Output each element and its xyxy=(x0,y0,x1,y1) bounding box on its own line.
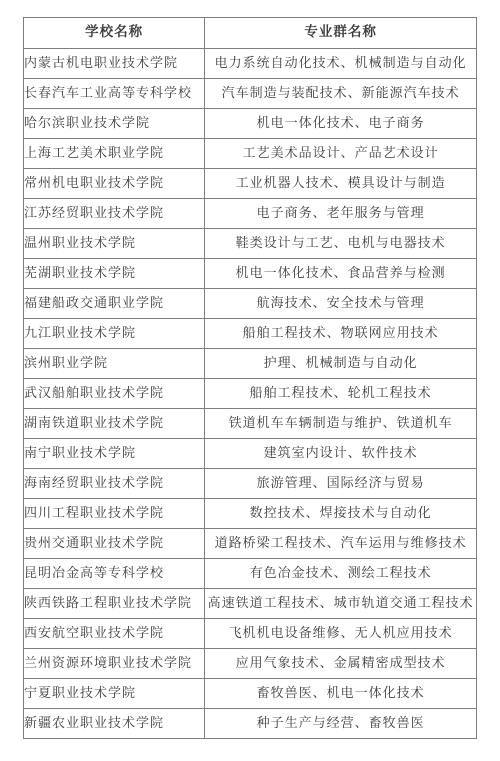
header-row: 学校名称 专业群名称 xyxy=(24,18,477,49)
table-row: 宁夏职业技术学院畜牧兽医、机电一体化技术 xyxy=(24,679,477,709)
table-row: 新疆农业职业技术学院种子生产与经营、畜牧兽医 xyxy=(24,709,477,739)
table-row: 兰州资源环境职业技术学院应用气象技术、金属精密成型技术 xyxy=(24,649,477,679)
table-row: 江苏经贸职业技术学院电子商务、老年服务与管理 xyxy=(24,199,477,229)
school-name-cell: 海南经贸职业技术学院 xyxy=(24,469,205,499)
major-group-cell: 种子生产与经营、畜牧兽医 xyxy=(205,709,477,739)
major-group-cell: 建筑室内设计、软件技术 xyxy=(205,439,477,469)
school-name-cell: 四川工程职业技术学院 xyxy=(24,499,205,529)
table-row: 哈尔滨职业技术学院机电一体化技术、电子商务 xyxy=(24,109,477,139)
major-group-cell: 旅游管理、国际经济与贸易 xyxy=(205,469,477,499)
school-majors-table: 学校名称 专业群名称 内蒙古机电职业技术学院电力系统自动化技术、机械制造与自动化… xyxy=(23,17,477,739)
table-row: 滨州职业学院护理、机械制造与自动化 xyxy=(24,349,477,379)
major-group-cell: 机电一体化技术、食品营养与检测 xyxy=(205,259,477,289)
major-group-cell: 有色冶金技术、测绘工程技术 xyxy=(205,559,477,589)
school-name-cell: 芜湖职业技术学院 xyxy=(24,259,205,289)
table-row: 长春汽车工业高等专科学校汽车制造与装配技术、新能源汽车技术 xyxy=(24,79,477,109)
major-group-cell: 船舶工程技术、物联网应用技术 xyxy=(205,319,477,349)
table-row: 九江职业技术学院船舶工程技术、物联网应用技术 xyxy=(24,319,477,349)
table-row: 陕西铁路工程职业技术学院高速铁道工程技术、城市轨道交通工程技术 xyxy=(24,589,477,619)
school-name-cell: 江苏经贸职业技术学院 xyxy=(24,199,205,229)
table-row: 上海工艺美术职业学院工艺美术品设计、产品艺术设计 xyxy=(24,139,477,169)
table-row: 昆明冶金高等专科学校有色冶金技术、测绘工程技术 xyxy=(24,559,477,589)
page: 学校名称 专业群名称 内蒙古机电职业技术学院电力系统自动化技术、机械制造与自动化… xyxy=(0,0,500,761)
table-row: 贵州交通职业技术学院道路桥梁工程技术、汽车运用与维修技术 xyxy=(24,529,477,559)
column-header-school: 学校名称 xyxy=(24,18,205,49)
major-group-cell: 飞机机电设备维修、无人机应用技术 xyxy=(205,619,477,649)
major-group-cell: 汽车制造与装配技术、新能源汽车技术 xyxy=(205,79,477,109)
major-group-cell: 应用气象技术、金属精密成型技术 xyxy=(205,649,477,679)
school-name-cell: 福建船政交通职业学院 xyxy=(24,289,205,319)
major-group-cell: 机电一体化技术、电子商务 xyxy=(205,109,477,139)
school-name-cell: 贵州交通职业技术学院 xyxy=(24,529,205,559)
column-header-majors: 专业群名称 xyxy=(205,18,477,49)
table-row: 湖南铁道职业技术学院铁道机车车辆制造与维护、铁道机车 xyxy=(24,409,477,439)
table-row: 四川工程职业技术学院数控技术、焊接技术与自动化 xyxy=(24,499,477,529)
major-group-cell: 道路桥梁工程技术、汽车运用与维修技术 xyxy=(205,529,477,559)
school-name-cell: 宁夏职业技术学院 xyxy=(24,679,205,709)
major-group-cell: 数控技术、焊接技术与自动化 xyxy=(205,499,477,529)
school-name-cell: 兰州资源环境职业技术学院 xyxy=(24,649,205,679)
table-body: 内蒙古机电职业技术学院电力系统自动化技术、机械制造与自动化长春汽车工业高等专科学… xyxy=(24,49,477,739)
major-group-cell: 电子商务、老年服务与管理 xyxy=(205,199,477,229)
table-header: 学校名称 专业群名称 xyxy=(24,18,477,49)
table-row: 内蒙古机电职业技术学院电力系统自动化技术、机械制造与自动化 xyxy=(24,49,477,79)
school-name-cell: 内蒙古机电职业技术学院 xyxy=(24,49,205,79)
table-row: 南宁职业技术学院建筑室内设计、软件技术 xyxy=(24,439,477,469)
table-row: 海南经贸职业技术学院旅游管理、国际经济与贸易 xyxy=(24,469,477,499)
school-name-cell: 常州机电职业技术学院 xyxy=(24,169,205,199)
school-name-cell: 陕西铁路工程职业技术学院 xyxy=(24,589,205,619)
table-row: 常州机电职业技术学院工业机器人技术、模具设计与制造 xyxy=(24,169,477,199)
school-name-cell: 长春汽车工业高等专科学校 xyxy=(24,79,205,109)
major-group-cell: 工艺美术品设计、产品艺术设计 xyxy=(205,139,477,169)
major-group-cell: 高速铁道工程技术、城市轨道交通工程技术 xyxy=(205,589,477,619)
major-group-cell: 畜牧兽医、机电一体化技术 xyxy=(205,679,477,709)
school-name-cell: 昆明冶金高等专科学校 xyxy=(24,559,205,589)
school-name-cell: 湖南铁道职业技术学院 xyxy=(24,409,205,439)
major-group-cell: 鞋类设计与工艺、电机与电器技术 xyxy=(205,229,477,259)
school-name-cell: 温州职业技术学院 xyxy=(24,229,205,259)
major-group-cell: 铁道机车车辆制造与维护、铁道机车 xyxy=(205,409,477,439)
table-row: 芜湖职业技术学院机电一体化技术、食品营养与检测 xyxy=(24,259,477,289)
school-name-cell: 滨州职业学院 xyxy=(24,349,205,379)
school-name-cell: 新疆农业职业技术学院 xyxy=(24,709,205,739)
school-name-cell: 南宁职业技术学院 xyxy=(24,439,205,469)
major-group-cell: 船舶工程技术、轮机工程技术 xyxy=(205,379,477,409)
school-name-cell: 西安航空职业技术学院 xyxy=(24,619,205,649)
table-row: 武汉船舶职业技术学院船舶工程技术、轮机工程技术 xyxy=(24,379,477,409)
table-row: 温州职业技术学院鞋类设计与工艺、电机与电器技术 xyxy=(24,229,477,259)
major-group-cell: 电力系统自动化技术、机械制造与自动化 xyxy=(205,49,477,79)
table-row: 福建船政交通职业学院航海技术、安全技术与管理 xyxy=(24,289,477,319)
school-name-cell: 上海工艺美术职业学院 xyxy=(24,139,205,169)
major-group-cell: 工业机器人技术、模具设计与制造 xyxy=(205,169,477,199)
table-row: 西安航空职业技术学院飞机机电设备维修、无人机应用技术 xyxy=(24,619,477,649)
school-name-cell: 哈尔滨职业技术学院 xyxy=(24,109,205,139)
school-name-cell: 九江职业技术学院 xyxy=(24,319,205,349)
major-group-cell: 护理、机械制造与自动化 xyxy=(205,349,477,379)
major-group-cell: 航海技术、安全技术与管理 xyxy=(205,289,477,319)
school-name-cell: 武汉船舶职业技术学院 xyxy=(24,379,205,409)
